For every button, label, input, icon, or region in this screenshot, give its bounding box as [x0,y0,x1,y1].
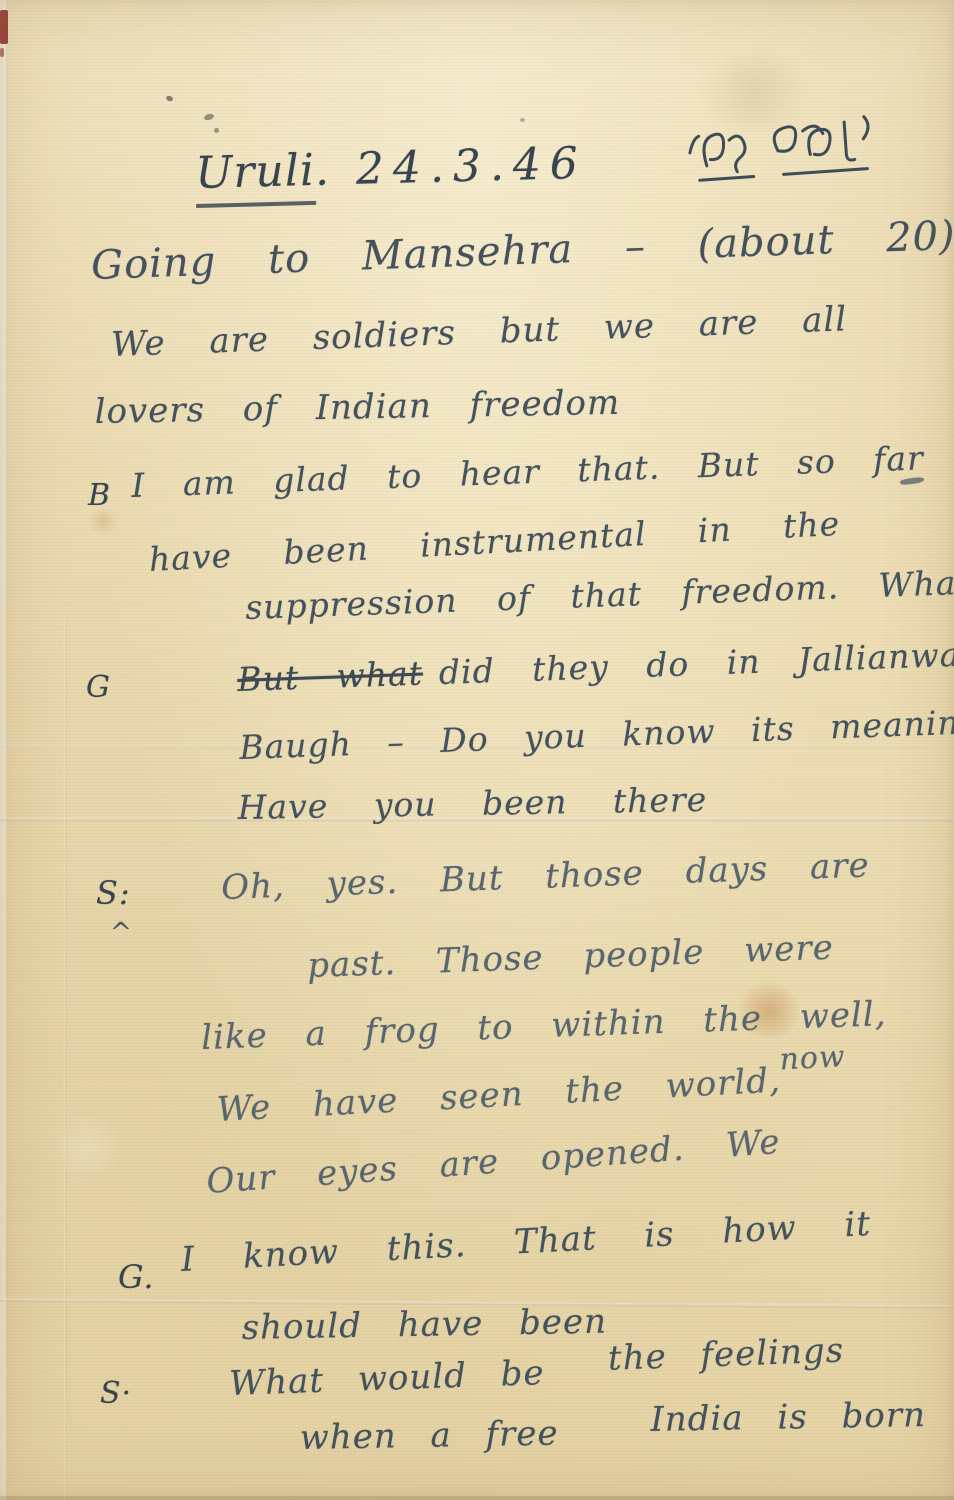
inserted-word: now [779,1039,847,1077]
handwriting-line: We have seen the world,now [216,1057,848,1130]
strikethrough-text: But what [237,654,424,699]
speaker-label: S· [100,1376,132,1411]
handwriting-line: I know this. That is how it [180,1204,872,1280]
stain [40,1118,132,1178]
letter-page: Uruli.24.3.46 Going to Mansehra – (about… [0,0,954,1500]
handwriting-line: Have you been there [237,780,707,827]
paper-edge-highlight [0,0,6,1500]
handwriting-line: We are soldiers but we are all [111,299,848,365]
handwriting-text: What would be [229,1353,546,1404]
handwriting-line: But whatdid they do in Jallianwall. [237,634,954,699]
red-ink-edge-mark [0,48,4,57]
handwriting-line: have been instrumental in the [148,504,841,579]
handwriting-text: India is born [650,1395,926,1440]
fold-crease [64,620,67,1500]
handwriting-line: Baugh – Do you know its meaning. [239,702,954,767]
handwriting-line: Going to Mansehra – (about 20) [90,213,954,289]
speaker-label: B [88,478,111,513]
caret-mark: ^ [110,918,133,948]
handwriting-text: when a free [299,1413,559,1458]
handwriting-line: suppression of that freedom. What [245,563,954,627]
handwriting-line: Our eyes are opened. We [205,1122,781,1202]
header-separator: . [314,144,330,195]
handwriting-line: should have been [241,1302,607,1348]
handwriting-line: past. Those people were [307,928,835,986]
handwriting-line: What would bethe feelings [229,1343,846,1404]
ink-speck [214,128,219,133]
handwriting-text: did they do in Jallianwall. [438,634,954,692]
ink-speck [203,113,214,121]
ink-speck [165,95,173,102]
handwriting-line: lovers of Indian freedom [94,383,620,432]
header-date: 24.3.46 [355,138,587,195]
header-place: Uruli [195,145,316,208]
speaker-label: G [86,670,111,705]
ink-speck [520,118,525,122]
handwriting-line: when a freeIndia is born [299,1407,926,1458]
handwriting-text: the feelings [607,1331,844,1379]
speaker-label: S: [96,874,131,912]
red-ink-edge-mark [0,10,8,44]
handwriting-line: Oh, yes. But those days are [221,845,871,908]
header-line: Uruli.24.3.46 [195,138,588,199]
handwriting-text: We have seen the world, [216,1061,782,1130]
handwriting-line: I am glad to hear that. But so far you [131,435,954,505]
speaker-label: G. [118,1258,155,1296]
paper-edge-shadow [0,1496,954,1500]
indic-script-annotation [682,109,896,193]
